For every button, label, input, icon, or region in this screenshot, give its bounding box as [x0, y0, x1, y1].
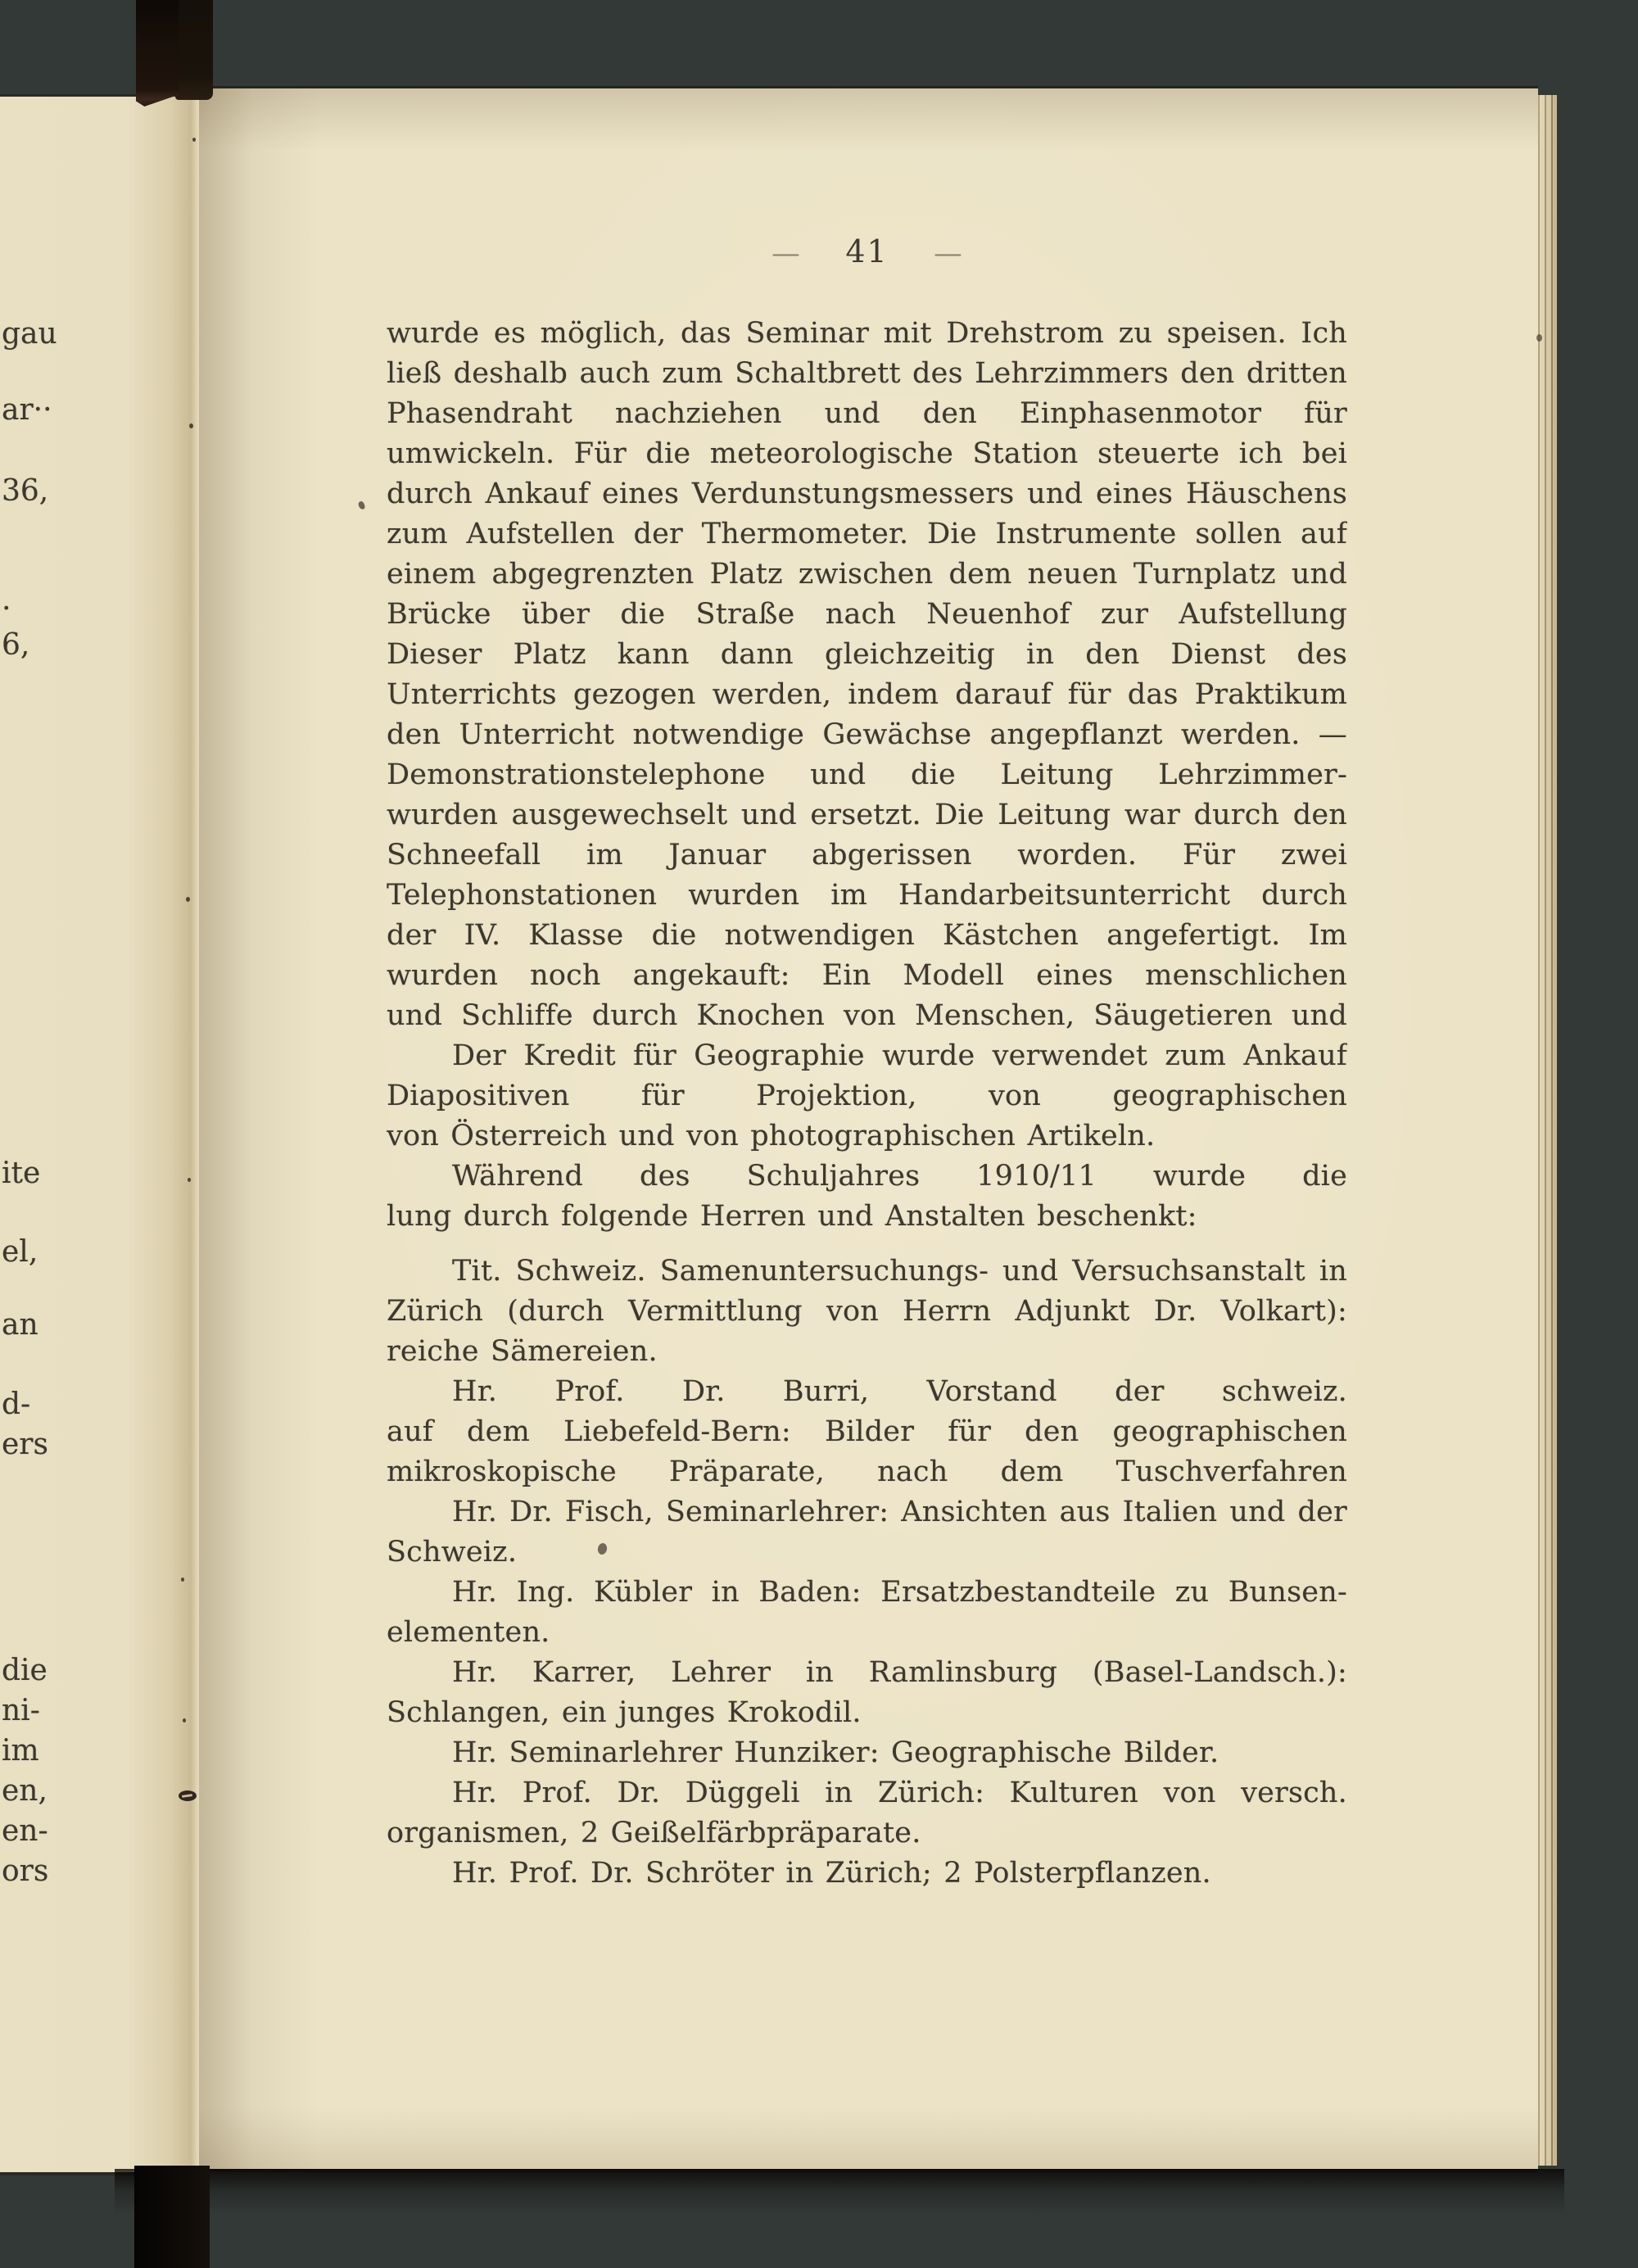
- text-line: Hr. Prof. Dr. Burri, Vorstand der schwei…: [387, 1372, 1347, 1412]
- text-line: zum Aufstellen der Thermometer. Die Inst…: [387, 514, 1347, 555]
- left-page-text-fragment: ni-: [2, 1691, 40, 1731]
- text-line: Unterrichts gezogen werden, indem darauf…: [387, 675, 1347, 715]
- text-line: Schlangen, ein junges Krokodil.: [387, 1693, 1347, 1733]
- paragraph-11: Hr. Prof. Dr. Schröter in Zürich; 2 Pols…: [387, 1854, 1347, 1894]
- text-line: durch Ankauf eines Verdunstungsmessers u…: [387, 474, 1347, 514]
- stitch-dot: [189, 423, 193, 428]
- page-edge-nick: [1536, 334, 1542, 342]
- paragraph-4: Tit. Schweiz. Samenuntersuchungs- und Ve…: [387, 1252, 1347, 1372]
- paragraph-8: Hr. Karrer, Lehrer in Ramlinsburg (Basel…: [387, 1653, 1347, 1733]
- text-line: Hr. Prof. Dr. Schröter in Zürich; 2 Pols…: [387, 1854, 1347, 1894]
- text-line: Diapositiven für Projektion, von geograp…: [387, 1076, 1347, 1116]
- page-edge-stack: [1538, 95, 1557, 2166]
- stitch-dot: [183, 1718, 186, 1723]
- text-line: den Unterricht notwendige Gewächse angep…: [387, 715, 1347, 755]
- left-page-text-fragment: el,: [2, 1232, 38, 1272]
- left-page-text-fragment: .: [2, 580, 11, 620]
- text-line: wurden ausgewechselt und ersetzt. Die Le…: [387, 795, 1347, 835]
- text-line: Der Kredit für Geographie wurde verwende…: [387, 1036, 1347, 1076]
- text-line: und Schliffe durch Knochen von Menschen,…: [387, 996, 1347, 1036]
- text-line: von Österreich und von photographischen …: [387, 1116, 1347, 1157]
- left-page-text-fragment: ite: [2, 1153, 40, 1193]
- text-line: der IV. Klasse die notwendigen Kästchen …: [387, 916, 1347, 956]
- text-line: organismen, 2 Geißelfärbpräparate.: [387, 1813, 1347, 1854]
- left-page-text-fragment: im: [2, 1731, 39, 1771]
- text-line: lung durch folgende Herren und Anstalten…: [387, 1197, 1347, 1237]
- paragraph-1: wurde es möglich, das Seminar mit Drehst…: [387, 314, 1347, 1036]
- text-line: Demonstrationstelephone und die Leitung …: [387, 755, 1347, 795]
- text-line: Phasendraht nachziehen und den Einphasen…: [387, 394, 1347, 434]
- left-page-text-fragment: die: [2, 1650, 48, 1691]
- text-line: Telephonstationen wurden im Handarbeitsu…: [387, 876, 1347, 916]
- text-line: Dieser Platz kann dann gleichzeitig in d…: [387, 635, 1347, 675]
- paragraph-10: Hr. Prof. Dr. Düggeli in Zürich: Kulture…: [387, 1773, 1347, 1854]
- left-page-text-fragment: 36,: [2, 471, 48, 511]
- left-page-text-fragment: ors: [2, 1851, 48, 1891]
- stitch-dot: [181, 1578, 184, 1582]
- spine-shadow-bottom: [134, 2166, 210, 2268]
- paragraph-6: Hr. Dr. Fisch, Seminarlehrer: Ansichten …: [387, 1492, 1347, 1573]
- text-line: Zürich (durch Vermittlung von Herrn Adju…: [387, 1292, 1347, 1332]
- text-line: Schneefall im Januar abgerissen worden. …: [387, 835, 1347, 876]
- text-line: Hr. Prof. Dr. Düggeli in Zürich: Kulture…: [387, 1773, 1347, 1813]
- text-line: Hr. Seminarlehrer Hunziker: Geographisch…: [387, 1733, 1347, 1773]
- text-line: Schweiz.: [387, 1532, 1347, 1573]
- text-line: auf dem Liebefeld-Bern: Bilder für den g…: [387, 1412, 1347, 1452]
- book-scan: — 41 — gauar··36,.6,iteel,and-ersdieni-i…: [0, 0, 1638, 2268]
- paragraph-2: Der Kredit für Geographie wurde verwende…: [387, 1036, 1347, 1157]
- text-line: wurden noch angekauft: Ein Modell eines …: [387, 956, 1347, 996]
- left-page-text-fragment: ar··: [2, 390, 52, 430]
- spine-shadow-top: [175, 0, 213, 100]
- text-line: Brücke über die Straße nach Neuenhof zur…: [387, 595, 1347, 635]
- text-line: einem abgegrenzten Platz zwischen dem ne…: [387, 555, 1347, 595]
- left-page-text-fragment: d-: [2, 1384, 30, 1424]
- paragraph-3: Während des Schuljahres 1910/11 wurde di…: [387, 1157, 1347, 1237]
- stitch-dot: [186, 897, 190, 902]
- stitch-dot: [188, 1178, 191, 1182]
- text-line: Hr. Dr. Fisch, Seminarlehrer: Ansichten …: [387, 1492, 1347, 1532]
- left-page-text-fragment: en-: [2, 1811, 48, 1851]
- text-line: Tit. Schweiz. Samenuntersuchungs- und Ve…: [387, 1252, 1347, 1292]
- left-page-text-fragment: 6,: [2, 625, 29, 665]
- left-page-text-fragment: gau: [2, 314, 57, 354]
- paragraph-9: Hr. Seminarlehrer Hunziker: Geographisch…: [387, 1733, 1347, 1773]
- stitch-hole: [179, 1790, 197, 1801]
- stitch-dot: [192, 138, 196, 142]
- text-line: mikroskopische Präparate, nach dem Tusch…: [387, 1452, 1347, 1492]
- text-line: Hr. Karrer, Lehrer in Ramlinsburg (Basel…: [387, 1653, 1347, 1693]
- left-page-text-fragment: an: [2, 1305, 38, 1345]
- left-page-text-fragment: ers: [2, 1424, 48, 1464]
- text-line: umwickeln. Für die meteorologische Stati…: [387, 434, 1347, 474]
- paragraph-7: Hr. Ing. Kübler in Baden: Ersatzbestandt…: [387, 1573, 1347, 1653]
- text-line: wurde es möglich, das Seminar mit Drehst…: [387, 314, 1347, 354]
- text-line: reiche Sämereien.: [387, 1332, 1347, 1372]
- text-line: Hr. Ing. Kübler in Baden: Ersatzbestandt…: [387, 1573, 1347, 1613]
- paragraph-5: Hr. Prof. Dr. Burri, Vorstand der schwei…: [387, 1372, 1347, 1492]
- text-line: Während des Schuljahres 1910/11 wurde di…: [387, 1157, 1347, 1197]
- text-line: elementen.: [387, 1613, 1347, 1653]
- text-block: wurde es möglich, das Seminar mit Drehst…: [387, 0, 1347, 2268]
- bookmark-ribbon: [136, 0, 179, 106]
- left-page-text-fragment: en,: [2, 1771, 48, 1811]
- text-line: ließ deshalb auch zum Schaltbrett des Le…: [387, 354, 1347, 394]
